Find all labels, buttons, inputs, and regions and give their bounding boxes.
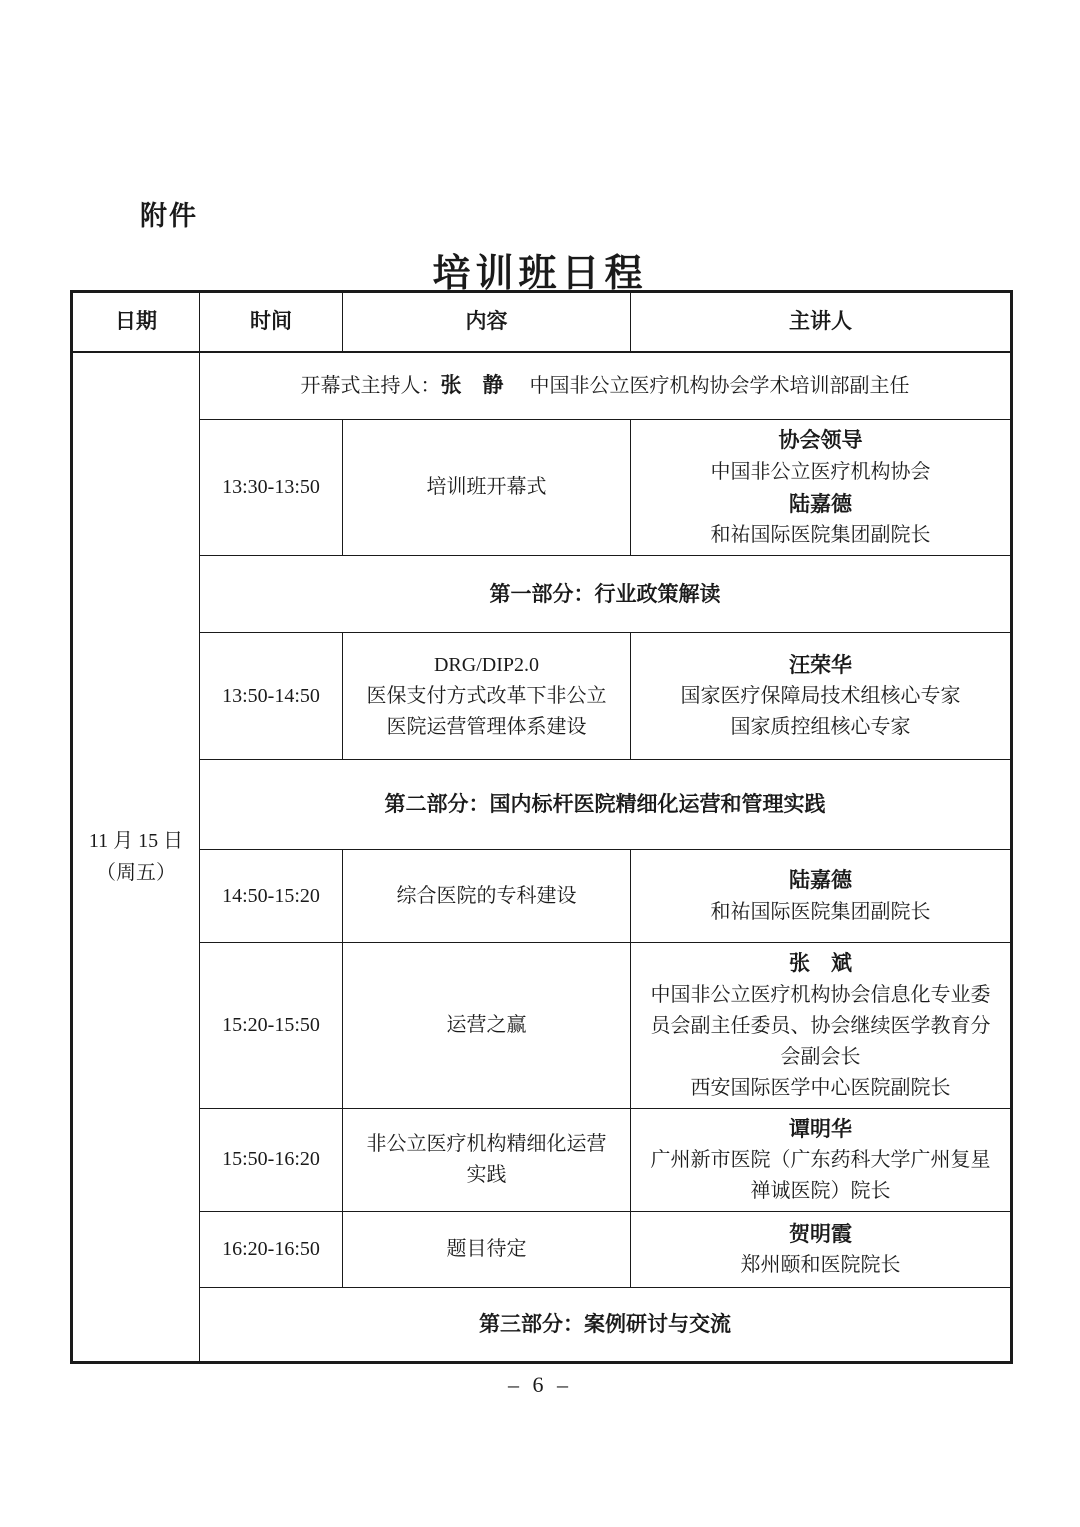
host-prefix: 开幕式主持人： <box>301 375 441 397</box>
content-line: 实践 <box>365 1160 608 1191</box>
speaker-line: 西安国际医学中心医院副院长 <box>649 1073 992 1104</box>
speaker-line: 和祐国际医院集团副院长 <box>649 897 992 928</box>
section-title-3: 第三部分：案例研讨与交流 <box>200 1288 1012 1363</box>
speaker-name: 张 斌 <box>649 947 992 980</box>
session-row-opening: 13:30-13:50 培训班开幕式 协会领导 中国非公立医疗机构协会 陆嘉德 … <box>72 420 1012 556</box>
page-number: – 6 – <box>0 1372 1080 1398</box>
header-speaker: 主讲人 <box>631 292 1012 352</box>
session-content: 培训班开幕式 <box>343 420 631 556</box>
date-cell: 11 月 15 日 （周五） <box>72 352 200 1363</box>
content-line: 医保支付方式改革下非公立 <box>365 681 608 712</box>
speaker-line: 广州新市医院（广东药科大学广州复星 <box>649 1145 992 1176</box>
speaker-line: 郑州颐和医院院长 <box>649 1250 992 1281</box>
speaker-line: 中国非公立医疗机构协会 <box>649 457 992 488</box>
session-row-feigong: 15:50-16:20 非公立医疗机构精细化运营 实践 谭明华 广州新市医院（广… <box>72 1108 1012 1212</box>
attachment-label: 附件 <box>140 194 198 233</box>
content-line: 运营之赢 <box>365 1010 608 1041</box>
speaker-name: 陆嘉德 <box>649 864 992 897</box>
speaker-line: 国家医疗保障局技术组核心专家 <box>649 681 992 712</box>
host-row: 11 月 15 日 （周五） 开幕式主持人：张 静中国非公立医疗机构协会学术培训… <box>72 352 1012 420</box>
content-line: 题目待定 <box>365 1234 608 1265</box>
session-time: 15:20-15:50 <box>200 943 343 1109</box>
session-content: 综合医院的专科建设 <box>343 850 631 943</box>
page-title: 培训班日程 <box>0 242 1080 297</box>
session-speaker: 陆嘉德 和祐国际医院集团副院长 <box>631 850 1012 943</box>
table-header-row: 日期 时间 内容 主讲人 <box>72 292 1012 352</box>
session-speaker: 谭明华 广州新市医院（广东药科大学广州复星 禅诚医院）院长 <box>631 1108 1012 1212</box>
speaker-name: 陆嘉德 <box>649 488 992 521</box>
header-content: 内容 <box>343 292 631 352</box>
session-row-zonghe: 14:50-15:20 综合医院的专科建设 陆嘉德 和祐国际医院集团副院长 <box>72 850 1012 943</box>
session-row-yunying: 15:20-15:50 运营之赢 张 斌 中国非公立医疗机构协会信息化专业委 员… <box>72 943 1012 1109</box>
session-speaker: 协会领导 中国非公立医疗机构协会 陆嘉德 和祐国际医院集团副院长 <box>631 420 1012 556</box>
header-date: 日期 <box>72 292 200 352</box>
session-time: 13:30-13:50 <box>200 420 343 556</box>
date-line-2: （周五） <box>79 857 193 889</box>
content-line: DRG/DIP2.0 <box>365 650 608 681</box>
session-content: 非公立医疗机构精细化运营 实践 <box>343 1108 631 1212</box>
session-time: 15:50-16:20 <box>200 1108 343 1212</box>
content-line: 综合医院的专科建设 <box>365 881 608 912</box>
section-title-2: 第二部分：国内标杆医院精细化运营和管理实践 <box>200 760 1012 850</box>
session-time: 16:20-16:50 <box>200 1212 343 1288</box>
speaker-name: 协会领导 <box>649 424 992 457</box>
host-name: 张 静 <box>441 373 504 397</box>
schedule-table: 日期 时间 内容 主讲人 11 月 15 日 （周五） 开幕式主持人：张 静中国… <box>70 290 1013 1364</box>
header-time: 时间 <box>200 292 343 352</box>
session-row-timu: 16:20-16:50 题目待定 贺明霞 郑州颐和医院院长 <box>72 1212 1012 1288</box>
section-row-1: 第一部分：行业政策解读 <box>72 556 1012 633</box>
section-row-2: 第二部分：国内标杆医院精细化运营和管理实践 <box>72 760 1012 850</box>
section-title-1: 第一部分：行业政策解读 <box>200 556 1012 633</box>
session-time: 13:50-14:50 <box>200 633 343 760</box>
speaker-name: 贺明霞 <box>649 1218 992 1251</box>
host-cell: 开幕式主持人：张 静中国非公立医疗机构协会学术培训部副主任 <box>200 352 1012 420</box>
speaker-line: 中国非公立医疗机构协会信息化专业委 <box>649 980 992 1011</box>
speaker-line: 和祐国际医院集团副院长 <box>649 520 992 551</box>
session-time: 14:50-15:20 <box>200 850 343 943</box>
session-speaker: 张 斌 中国非公立医疗机构协会信息化专业委 员会副主任委员、协会继续医学教育分 … <box>631 943 1012 1109</box>
session-speaker: 汪荣华 国家医疗保障局技术组核心专家 国家质控组核心专家 <box>631 633 1012 760</box>
section-row-3: 第三部分：案例研讨与交流 <box>72 1288 1012 1363</box>
speaker-name: 汪荣华 <box>649 649 992 682</box>
speaker-line: 禅诚医院）院长 <box>649 1176 992 1207</box>
session-row-drg: 13:50-14:50 DRG/DIP2.0 医保支付方式改革下非公立 医院运营… <box>72 633 1012 760</box>
session-content: DRG/DIP2.0 医保支付方式改革下非公立 医院运营管理体系建设 <box>343 633 631 760</box>
session-content: 题目待定 <box>343 1212 631 1288</box>
host-affiliation: 中国非公立医疗机构协会学术培训部副主任 <box>530 375 910 397</box>
content-line: 培训班开幕式 <box>365 472 608 503</box>
content-line: 医院运营管理体系建设 <box>365 712 608 743</box>
speaker-line: 员会副主任委员、协会继续医学教育分 <box>649 1011 992 1042</box>
session-speaker: 贺明霞 郑州颐和医院院长 <box>631 1212 1012 1288</box>
speaker-name: 谭明华 <box>649 1113 992 1146</box>
speaker-line: 国家质控组核心专家 <box>649 712 992 743</box>
speaker-line: 会副会长 <box>649 1042 992 1073</box>
date-line-1: 11 月 15 日 <box>79 825 193 857</box>
session-content: 运营之赢 <box>343 943 631 1109</box>
content-line: 非公立医疗机构精细化运营 <box>365 1129 608 1160</box>
